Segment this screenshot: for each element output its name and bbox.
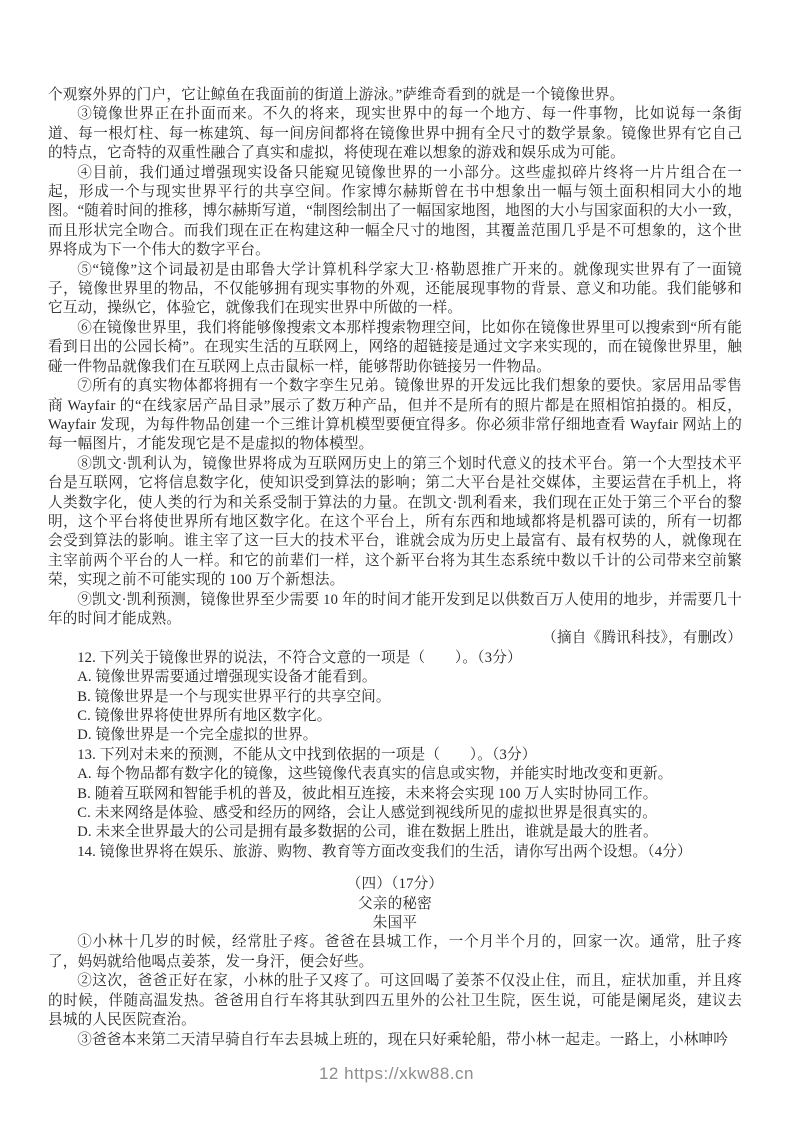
question-13-option-a: A. 每个物品都有数字化的镜像，这些镜像代表真实的信息或实物，并能实时地改变和更… — [48, 765, 742, 784]
section-label: （四）（17分） — [48, 875, 742, 894]
passage2-paragraph-3: ③爸爸本来第二天清早骑自行车去县城上班的，现在只好乘轮船，带小林一起走。一路上，… — [48, 1031, 742, 1050]
paragraph-3: ③镜像世界正在扑面而来。不久的将来，现实世界中的每一个地方、每一件事物，比如说每… — [48, 105, 742, 163]
question-12-option-a: A. 镜像世界需要通过增强现实设备才能看到。 — [48, 668, 742, 687]
question-14-stem: 14. 镜像世界将在娱乐、旅游、购物、教育等方面改变我们的生活，请你写出两个设想… — [48, 843, 742, 862]
paragraph-7: ⑦所有的真实物体都将拥有一个数字孪生兄弟。镜像世界的开发远比我们想象的要快。家居… — [48, 377, 742, 455]
page-footer: 12 https://xkw88.cn — [0, 1064, 793, 1084]
exam-body-text: 个观察外界的门户，它让鲸鱼在我面前的街道上游泳。”萨维奇看到的就是一个镜像世界。… — [48, 86, 742, 1050]
passage2-paragraph-1: ①小林十几岁的时候，经常肚子疼。爸爸在县城工作，一个月半个月的，回家一次。通常，… — [48, 933, 742, 972]
section-four-header: （四）（17分） 父亲的秘密 朱国平 — [48, 875, 742, 933]
source-attribution: （摘自《腾讯科技》，有删改） — [48, 629, 742, 648]
passage2-paragraph-2: ②这次，爸爸正好在家，小林的肚子又疼了。可这回喝了姜茶不仅没止住，而且，症状加重… — [48, 972, 742, 1030]
passage-title: 父亲的秘密 — [48, 895, 742, 914]
question-12-option-b: B. 镜像世界是一个与现实世界平行的共享空间。 — [48, 688, 742, 707]
paragraph-8: ⑧凯文·凯利认为，镜像世界将成为互联网历史上的第三个划时代意义的技术平台。第一个… — [48, 455, 742, 591]
question-13-option-b: B. 随着互联网和智能手机的普及，彼此相互连接，未来将会实现 100 万人实时协… — [48, 785, 742, 804]
watermark-url: https://xkw88.cn — [344, 1064, 474, 1083]
question-12-stem: 12. 下列关于镜像世界的说法，不符合文意的一项是（ ）。（3分） — [48, 649, 742, 668]
paragraph-6: ⑥在镜像世界里，我们将能够像搜索文本那样搜索物理空间，比如你在镜像世界里可以搜索… — [48, 319, 742, 377]
question-13-option-d: D. 未来全世界最大的公司是拥有最多数据的公司，谁在数据上胜出，谁就是最大的胜者… — [48, 823, 742, 842]
exam-page: 个观察外界的门户，它让鲸鱼在我面前的街道上游泳。”萨维奇看到的就是一个镜像世界。… — [0, 0, 793, 1122]
page-number: 12 — [319, 1064, 339, 1083]
question-13-option-c: C. 未来网络是体验、感受和经历的网络，会让人感觉到视线所见的虚拟世界是很真实的… — [48, 804, 742, 823]
question-12-option-d: D. 镜像世界是一个完全虚拟的世界。 — [48, 726, 742, 745]
passage-author: 朱国平 — [48, 914, 742, 933]
paragraph-4: ④目前，我们通过增强现实设备只能窥见镜像世界的一小部分。这些虚拟碎片终将一片片组… — [48, 164, 742, 261]
paragraph-9: ⑨凯文·凯利预测，镜像世界至少需要 10 年的时间才能开发到足以供数百万人使用的… — [48, 591, 742, 630]
paragraph-continuation: 个观察外界的门户，它让鲸鱼在我面前的街道上游泳。”萨维奇看到的就是一个镜像世界。 — [48, 86, 742, 105]
paragraph-5: ⑤“镜像”这个词最初是由耶鲁大学计算机科学家大卫·格勒恩推广开来的。就像现实世界… — [48, 261, 742, 319]
question-13-stem: 13. 下列对未来的预测，不能从文中找到依据的一项是（ ）。（3分） — [48, 746, 742, 765]
question-12-option-c: C. 镜像世界将使世界所有地区数字化。 — [48, 707, 742, 726]
